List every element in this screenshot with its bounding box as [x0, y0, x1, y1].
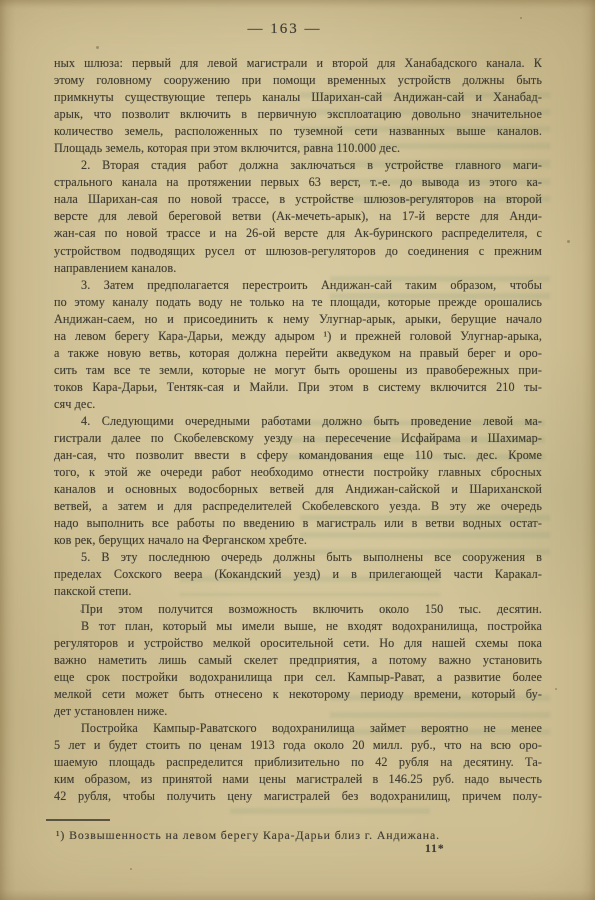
text-line: нала Шарихан-сая по новой трассе, в устр… [54, 191, 542, 208]
text-line: ветвей, а затем и для распределителей Ск… [54, 498, 542, 515]
text-line: версте для левой береговой ветви (Ак-меч… [54, 208, 542, 225]
signature-mark: 11* [425, 843, 445, 855]
text-line: арык, что позволит включить в первичную … [54, 106, 542, 123]
footnote-divider [46, 819, 110, 821]
text-line: гистрали далее по Скобелевскому уезду на… [54, 430, 542, 447]
text-line: дан-сая, что позволит ввести в сферу ком… [54, 447, 542, 464]
text-line: пределах Сохского веера (Кокандский уезд… [54, 566, 542, 583]
text-line: мелкой сети может быть отнесено к некото… [54, 686, 542, 703]
text-line: этому головному сооружению при помощи вр… [54, 72, 542, 89]
text-line: по этому каналу подать воду не только на… [54, 294, 542, 311]
paragraph-reservoir: Постройка Кампыр-Раватского водохранилищ… [54, 720, 542, 805]
text-line: ков рек, берущих начало на Ферганском хр… [54, 532, 542, 549]
paper-speck [96, 46, 99, 49]
text-line: устройством подводящих русел от шлюзов-р… [54, 243, 542, 260]
text-line: 42 рубля, чтобы получить цену магистрале… [54, 788, 542, 805]
text-line: примкнуты существующие теперь каналы Шар… [54, 89, 542, 106]
text-line: Постройка Кампыр-Раватского водохранилищ… [54, 720, 542, 737]
text-line: на левом берегу Кара-Дарьи, между адыром… [54, 328, 542, 345]
text-line: 3. Затем предполагается перестроить Анди… [54, 277, 542, 294]
text-line: того, к этой же очереди работ необходимо… [54, 464, 542, 481]
text-line: каналов и основных водосборных ветвей дл… [54, 481, 542, 498]
footnote: ¹) Возвышенность на левом берегу Кара-Да… [56, 828, 526, 843]
text-line: еще срок постройки водохранилища при сел… [54, 669, 542, 686]
text-line: количество земель, расположенных по тузе… [54, 123, 542, 140]
paragraph-plan: В тот план, который мы имели выше, не вх… [54, 618, 542, 720]
scanned-book-page: — 163 — ных шлюза: первый для левой маги… [0, 0, 595, 900]
text-line: жан-сая по новой трассе и на 26-ой верст… [54, 225, 542, 242]
text-line: ных шлюза: первый для левой магистрали и… [54, 55, 542, 72]
text-line: Площадь земель, которая при этом включит… [54, 140, 542, 157]
paragraph-item-2: 2. Вторая стадия работ должна заключатьс… [54, 157, 542, 276]
text-line: сить там все те земли, которые не могут … [54, 362, 542, 379]
text-line: важно наметить лишь самый скелет предпри… [54, 652, 542, 669]
text-line: сяч дес. [54, 396, 542, 413]
paper-speck [520, 17, 522, 19]
paragraph-summary: При этом получится возможность включить … [54, 601, 542, 618]
text-line: направлением каналов. [54, 260, 542, 277]
text-block: ных шлюза: первый для левой магистрали и… [54, 55, 542, 805]
text-line: Андижан-саем, но и присоединить к нему У… [54, 311, 542, 328]
text-line: 5. В эту последнюю очередь должны быть в… [54, 549, 542, 566]
paragraph-continuation: ных шлюза: первый для левой магистрали и… [54, 55, 542, 157]
text-line: В тот план, который мы имели выше, не вх… [54, 618, 542, 635]
text-line: токов Кара-Дарьи, Тентяк-сая и Майли. Пр… [54, 379, 542, 396]
text-line: а также новую ветвь, которая должна пере… [54, 345, 542, 362]
paper-speck [555, 688, 557, 690]
paragraph-item-5: 5. В эту последнюю очередь должны быть в… [54, 549, 542, 600]
text-line: регуляторов и устройство мелкой оросител… [54, 635, 542, 652]
text-line: дет установлен ниже. [54, 703, 542, 720]
text-line: 5 лет и будет стоить по ценам 1913 года … [54, 737, 542, 754]
paragraph-item-4: 4. Следующими очередными работами должно… [54, 413, 542, 549]
show-through-ghost [230, 808, 430, 824]
text-line: стрального канала на протяжении первых 6… [54, 174, 542, 191]
text-line: ким образом, из принятой нами цены магис… [54, 771, 542, 788]
text-line: 4. Следующими очередными работами должно… [54, 413, 542, 430]
text-line: При этом получится возможность включить … [54, 601, 542, 618]
page-number: — 163 — [0, 21, 582, 38]
paragraph-item-3: 3. Затем предполагается перестроить Анди… [54, 277, 542, 413]
text-line: 2. Вторая стадия работ должна заключатьс… [54, 157, 542, 174]
paper-speck [130, 868, 132, 870]
text-line: пакской степи. [54, 583, 542, 600]
paper-speck [567, 240, 570, 243]
text-line: надо выполнить все работы по введению в … [54, 515, 542, 532]
text-line: шаемую площадь распределится приблизител… [54, 754, 542, 771]
